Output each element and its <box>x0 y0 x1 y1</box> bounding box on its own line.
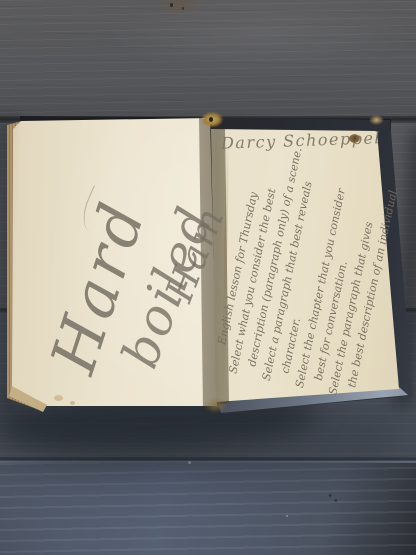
wood-knot-speck <box>182 7 184 10</box>
wood-plank-top <box>0 0 416 117</box>
wood-knot <box>148 0 210 18</box>
wood-knot-speck <box>170 3 173 7</box>
foxing-spot <box>54 395 63 401</box>
ink-stain-blot <box>349 134 360 143</box>
wood-knot-small <box>326 492 340 504</box>
spine-wear-bottom <box>205 398 227 413</box>
spine-wear-speck <box>209 117 213 122</box>
foxing-spot <box>70 401 75 405</box>
cover-corner-wear <box>369 115 384 125</box>
wood-speck <box>286 515 288 517</box>
photo-open-book-on-wood: Hard boiled Ham Darcy Schoeppel English … <box>0 0 416 555</box>
